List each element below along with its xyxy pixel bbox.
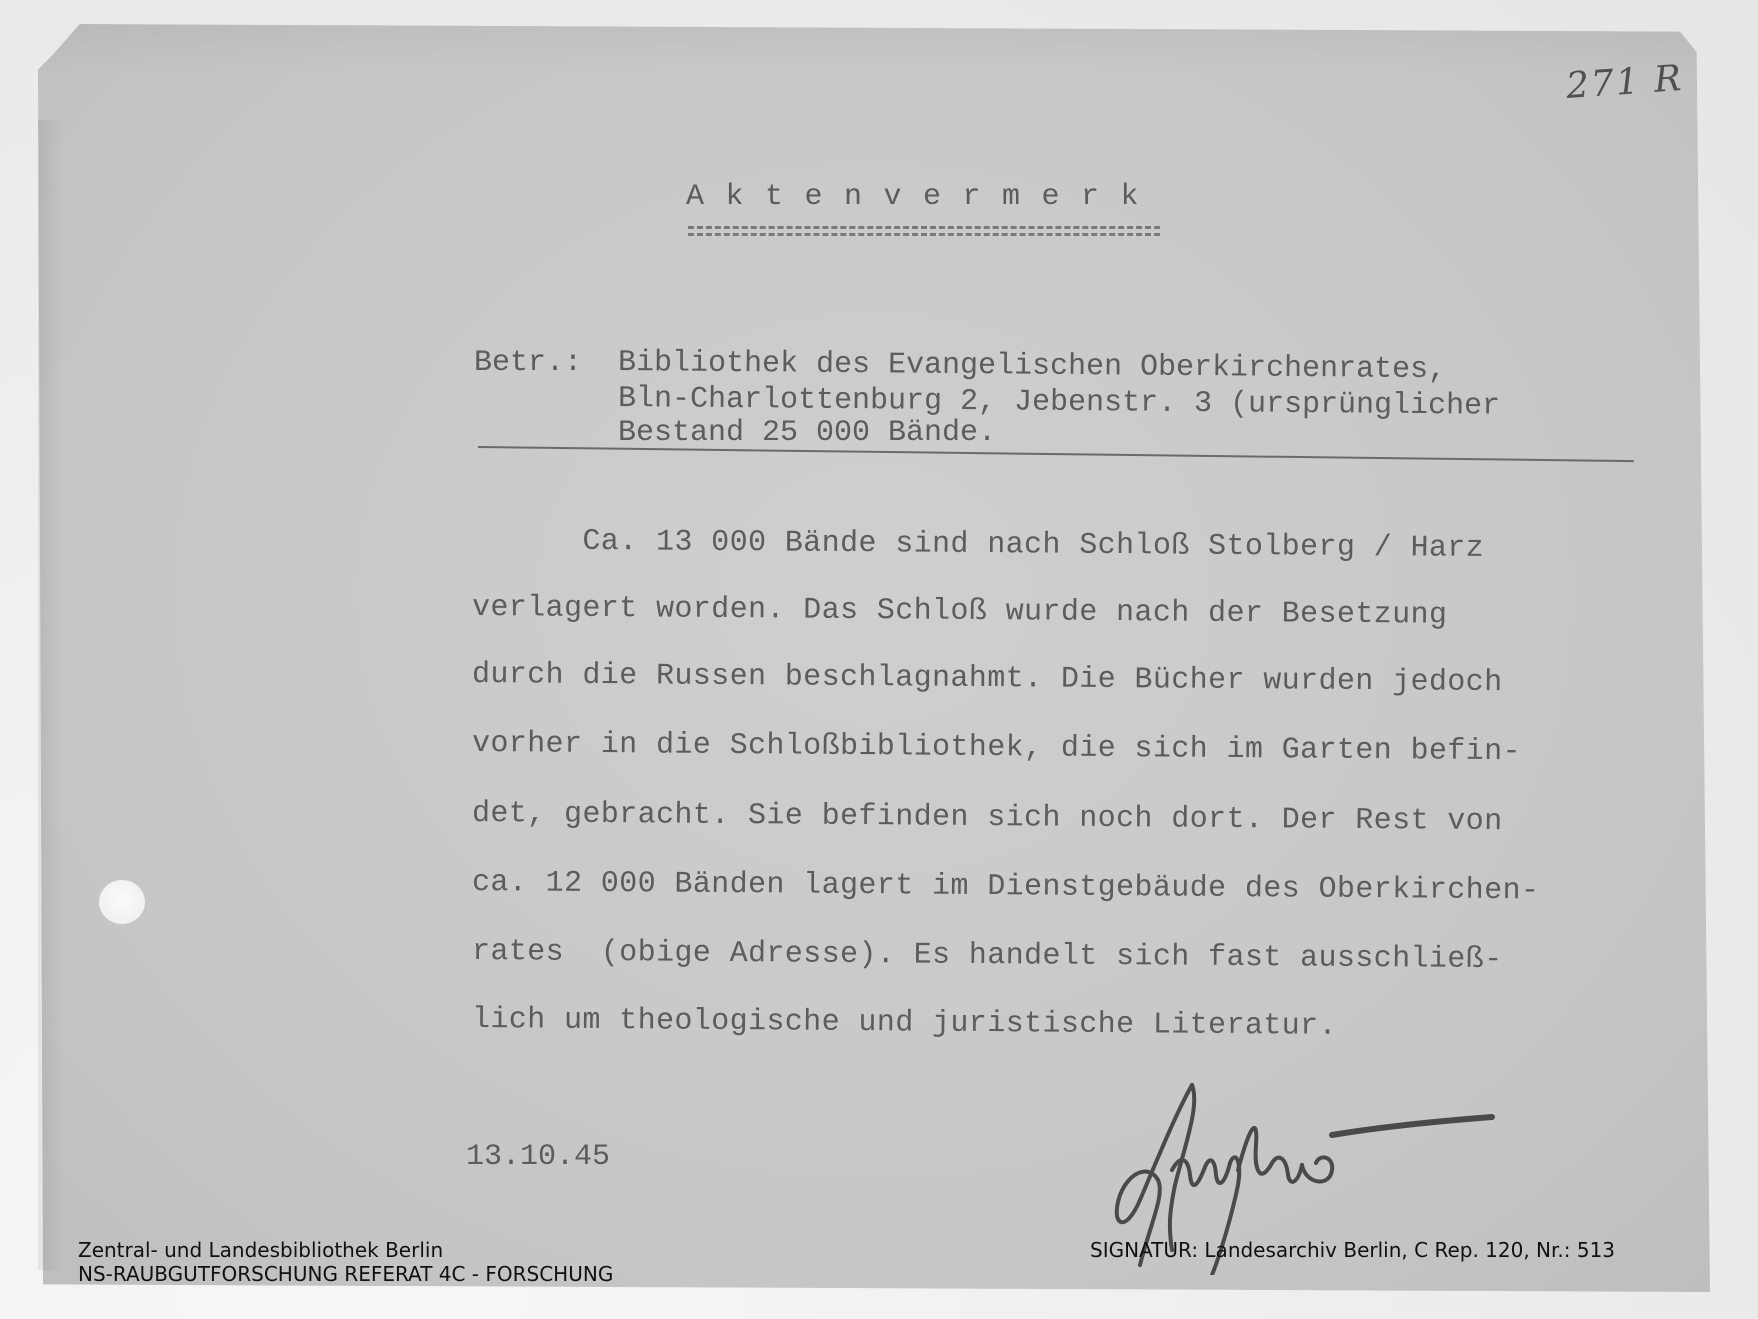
body-line: lich um theologische und juristische Lit… [472, 1003, 1337, 1044]
subject-label: Betr.: [474, 346, 582, 380]
title-double-underline [688, 226, 1160, 236]
footer-institution-name: Zentral- und Landesbibliothek Berlin [78, 1238, 613, 1262]
punch-hole [99, 880, 145, 924]
document-title: Aktenvermerk [686, 180, 1160, 214]
handwritten-archive-number: 271 R [1565, 58, 1685, 107]
footer-department: NS-RAUBGUTFORSCHUNG REFERAT 4C - FORSCHU… [78, 1262, 613, 1286]
subject-line: Bibliothek des Evangelischen Oberkirchen… [618, 346, 1446, 387]
footer-institution: Zentral- und Landesbibliothek Berlin NS-… [78, 1238, 613, 1286]
memo-date: 13.10.45 [466, 1140, 610, 1174]
paper-edge-shadow [38, 120, 64, 1270]
footer-archive-signature: SIGNATUR: Landesarchiv Berlin, C Rep. 12… [1090, 1238, 1615, 1262]
subject-line: Bestand 25 000 Bände. [618, 416, 996, 450]
